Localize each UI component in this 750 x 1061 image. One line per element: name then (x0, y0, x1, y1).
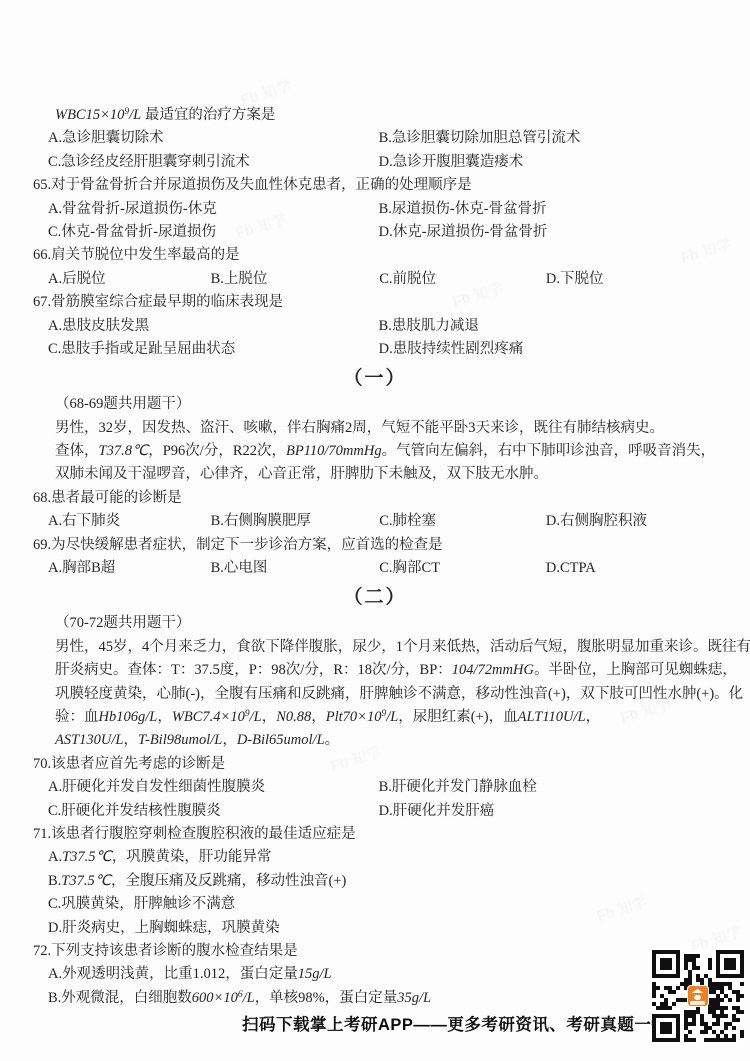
case1-line: 双肺未闻及干湿啰音，心律齐，心音正常，肝脾肋下未触及，双下肢无水肿。 (55, 463, 750, 486)
math-segment: N0.88 (276, 709, 311, 725)
math-segment: T37.5℃ (62, 849, 112, 865)
q70-option-c: C.肝硬化并发结核性腹膜炎 (48, 800, 375, 823)
text-segment: ，全腹压痛及反跳痛，移动性浊音(+) (111, 873, 346, 889)
logo-text-bar (690, 1001, 705, 1005)
text-segment: B. (48, 873, 61, 889)
text-segment: ，单核98%，蛋白定量 (255, 990, 398, 1006)
math-segment: BP110/70mmHg (286, 443, 382, 459)
q67-option-row-1: A.患肢皮肤发黑 B.患肢肌力减退 (48, 315, 750, 338)
math-segment: /L (243, 990, 255, 1006)
exam-paper-page: Fb 知学 Fb 知学 Fb 知学 Fb 知学 Fb 知学 Fb 知学 Fb 知… (0, 0, 750, 1061)
q69-option-d: D.CTPA (546, 560, 596, 576)
case2-line: 男性，45岁，4个月来乏力，食欲下降伴腹胀，尿少，1个月来低热，活动后气短，腹胀… (55, 636, 750, 659)
q69-option-row: A.胸部B超 B.心电图 C.胸部CT D.CTPA (48, 557, 750, 580)
text-segment: 双肺未闻及干湿啰音，心律齐，心音正常，肝脾肋下未触及，双下肢无水肿。 (55, 466, 548, 482)
text-segment: ， (157, 709, 172, 725)
question-list: WBC15×109/L 最适宜的治疗方案是 A.急诊胆囊切除术 B.急诊胆囊切除… (0, 104, 750, 1010)
math-segment: /L (386, 709, 398, 725)
q65-option-c: C.休克-骨盆骨折-尿道损伤 (48, 221, 375, 244)
text-segment: 巩膜轻度黄染，心肺(-)，全腹有压痛和反跳痛，肝脾触诊不满意，移动性浊音(+)，… (55, 686, 743, 702)
q70-option-a: A.肝硬化并发自发性细菌性腹膜炎 (48, 776, 375, 799)
q71-option-a: A.T37.5℃，巩膜黄染，肝功能异常 (48, 846, 750, 869)
text-segment: ， (124, 732, 139, 748)
qr-code (652, 950, 744, 1042)
math-segment: /L (250, 709, 262, 725)
q69-option-b: B.心电图 (211, 557, 376, 580)
q70-option-row-2: C.肝硬化并发结核性腹膜炎 D.肝硬化并发肝癌 (48, 800, 750, 823)
q67-option-c: C.患肢手指或足趾呈屈曲状态 (48, 338, 375, 361)
q66-option-b: B.上脱位 (211, 268, 376, 291)
math-segment: WBC7.4×10 (172, 709, 245, 725)
q67-option-b: B.患肢肌力减退 (379, 318, 479, 334)
math-segment: T37.5℃ (61, 873, 111, 889)
q64-option-row-1: A.急诊胆囊切除术 B.急诊胆囊切除加胆总管引流术 (48, 127, 750, 150)
q71-option-b: B.T37.5℃，全腹压痛及反跳痛，移动性浊音(+) (48, 870, 750, 893)
math-segment: 600×10 (192, 990, 238, 1006)
q68-option-c: C.肺栓塞 (379, 510, 542, 533)
q68-stem: 68.患者最可能的诊断是 (33, 487, 750, 510)
q70-option-b: B.肝硬化并发门静脉血栓 (379, 779, 537, 795)
q67-stem: 67.骨筋膜室综合症最早期的临床表现是 (33, 291, 750, 314)
q66-option-a: A.后脱位 (48, 268, 207, 291)
q69-option-a: A.胸部B超 (48, 557, 207, 580)
text-segment: ， (262, 709, 277, 725)
q71-option-d: D.肝炎病史，上胸蜘蛛痣，巩膜黄染 (48, 917, 750, 940)
text-segment: 查体， (55, 443, 99, 459)
text-segment: 验：血 (55, 709, 99, 725)
q72-option-a: A.外观透明浅黄，比重1.012，蛋白定量15g/L (48, 963, 750, 986)
q68-option-d: D.右侧胸腔积液 (546, 513, 647, 529)
q67-option-a: A.患肢皮肤发黑 (48, 315, 375, 338)
text-segment: ， (311, 709, 326, 725)
math-segment: T-Bil98umol/L (138, 732, 222, 748)
footer-banner: 扫码下载掌上考研APP——更多考研资讯、考研真题一键获取 (242, 1011, 702, 1035)
math-segment: ALT110U/L (518, 709, 586, 725)
q71-stem: 71.该患者行腹腔穿刺检查腹腔积液的最佳适应症是 (33, 823, 750, 846)
text-segment: ，巩膜黄染，肝功能异常 (112, 849, 272, 865)
q65-stem: 65.对于骨盆骨折合并尿道损伤及失血性休克患者，正确的处理顺序是 (33, 174, 750, 197)
q65-option-row-1: A.骨盆骨折-尿道损伤-休克 B.尿道损伤-休克-骨盆骨折 (48, 198, 750, 221)
q67-option-row-2: C.患肢手指或足趾呈屈曲状态 D.患肢持续性剧烈疼痛 (48, 338, 750, 361)
text-segment: 。气管向左偏斜，右中下肺叩诊浊音，呼吸音消失， (382, 443, 716, 459)
case2-line: AST130U/L，T-Bil98umol/L，D-Bil65umol/L。 (55, 729, 750, 752)
math-segment: 6 (238, 990, 243, 1000)
q70-stem: 70.该患者应首先考虑的诊断是 (33, 753, 750, 776)
q64-option-a: A.急诊胆囊切除术 (48, 127, 375, 150)
q66-stem: 66.肩关节脱位中发生率最高的是 (33, 244, 750, 267)
text-segment: 最适宜的治疗方案是 (141, 107, 275, 123)
text-segment: 肝炎病史。查体：T：37.5度，P：98次/分，R：18次/分，BP： (55, 662, 452, 678)
q68-option-b: B.右侧胸膜肥厚 (211, 510, 376, 533)
q64-stem: WBC15×109/L 最适宜的治疗方案是 (55, 104, 750, 127)
text-segment: 男性，32岁，因发热、盗汗、咳嗽，伴右胸痛2周，气短不能平卧3天来诊，既往有肺结… (55, 420, 664, 436)
q71-option-c: C.巩膜黄染，肝脾触诊不满意 (48, 893, 750, 916)
case1-line: 男性，32岁，因发热、盗汗、咳嗽，伴右胸痛2周，气短不能平卧3天来诊，既往有肺结… (55, 417, 750, 440)
math-segment: Plt70×10 (326, 709, 382, 725)
q67-option-d: D.患肢持续性剧烈疼痛 (379, 341, 524, 357)
text-segment: C.巩膜黄染，肝脾触诊不满意 (48, 896, 235, 912)
text-segment: D.肝炎病史，上胸蜘蛛痣，巩膜黄染 (48, 920, 280, 936)
math-segment: AST130U/L (55, 732, 124, 748)
q69-option-c: C.胸部CT (379, 557, 542, 580)
math-segment: 9 (124, 107, 129, 117)
q72-option-b: B.外观微混，白细胞数600×106/L，单核98%，蛋白定量35g/L (48, 987, 750, 1010)
section-header-one: （一） (0, 365, 750, 393)
text-segment: B.外观微混，白细胞数 (48, 990, 192, 1006)
math-segment: WBC15×10 (55, 107, 124, 123)
graduation-cap-icon (692, 989, 704, 993)
q70-option-d: D.肝硬化并发肝癌 (379, 803, 495, 819)
app-logo (687, 985, 709, 1007)
text-segment: 。 (325, 732, 340, 748)
text-segment: ， (586, 709, 601, 725)
q64-option-d: D.急诊开腹胆囊造瘘术 (379, 154, 524, 170)
math-segment: D-Bil65umol/L (237, 732, 325, 748)
text-segment: ，尿胆红素(+)，血 (398, 709, 517, 725)
q65-option-row-2: C.休克-骨盆骨折-尿道损伤 D.休克-尿道损伤-骨盆骨折 (48, 221, 750, 244)
q64-option-row-2: C.急诊经皮经肝胆囊穿刺引流术 D.急诊开腹胆囊造瘘术 (48, 151, 750, 174)
mascot-face-icon (694, 995, 701, 1001)
math-segment: /L (129, 107, 141, 123)
case1-line: 查体，T37.8℃，P96次/分，R22次，BP110/70mmHg。气管向左偏… (55, 440, 750, 463)
case2-line: 验：血Hb106g/L，WBC7.4×109/L，N0.88，Plt70×109… (55, 706, 750, 729)
case2-line: 巩膜轻度黄染，心肺(-)，全腹有压痛和反跳痛，肝脾触诊不满意，移动性浊音(+)，… (55, 683, 750, 706)
text-segment: ，P96次/分，R22次， (148, 443, 286, 459)
math-segment: 104/72mmHG (452, 662, 534, 678)
q66-option-d: D.下脱位 (546, 271, 604, 287)
case2-note: （70-72题共用题干） (55, 612, 750, 635)
q64-option-c: C.急诊经皮经肝胆囊穿刺引流术 (48, 151, 375, 174)
q64-option-b: B.急诊胆囊切除加胆总管引流术 (379, 130, 581, 146)
section-header-two: （二） (0, 584, 750, 612)
case1-note: （68-69题共用题干） (55, 393, 750, 416)
q65-option-a: A.骨盆骨折-尿道损伤-休克 (48, 198, 375, 221)
text-segment: A.外观透明浅黄，比重1.012，蛋白定量 (48, 966, 298, 982)
q66-option-c: C.前脱位 (379, 268, 542, 291)
q66-option-row: A.后脱位 B.上脱位 C.前脱位 D.下脱位 (48, 268, 750, 291)
math-segment: T37.8℃ (99, 443, 149, 459)
q68-option-row: A.右下肺炎 B.右侧胸膜肥厚 C.肺栓塞 D.右侧胸腔积液 (48, 510, 750, 533)
q65-option-d: D.休克-尿道损伤-骨盆骨折 (379, 224, 548, 240)
math-segment: 9 (245, 709, 250, 719)
math-segment: Hb106g/L (99, 709, 158, 725)
q72-stem: 72.下列支持该患者诊断的腹水检查结果是 (33, 940, 750, 963)
math-segment: 15g/L (298, 966, 332, 982)
text-segment: 。半卧位，上胸部可见蜘蛛痣， (534, 662, 737, 678)
text-segment: ， (222, 732, 237, 748)
text-segment: 男性，45岁，4个月来乏力，食欲下降伴腹胀，尿少，1个月来低热，活动后气短，腹胀… (55, 639, 750, 655)
q69-stem: 69.为尽快缓解患者症状，制定下一步诊治方案，应首选的检查是 (33, 534, 750, 557)
text-segment: A. (48, 849, 62, 865)
math-segment: 9 (381, 709, 386, 719)
math-segment: 35g/L (397, 990, 431, 1006)
q65-option-b: B.尿道损伤-休克-骨盆骨折 (379, 201, 547, 217)
q68-option-a: A.右下肺炎 (48, 510, 207, 533)
case2-line: 肝炎病史。查体：T：37.5度，P：98次/分，R：18次/分，BP：104/7… (55, 659, 750, 682)
q70-option-row-1: A.肝硬化并发自发性细菌性腹膜炎 B.肝硬化并发门静脉血栓 (48, 776, 750, 799)
